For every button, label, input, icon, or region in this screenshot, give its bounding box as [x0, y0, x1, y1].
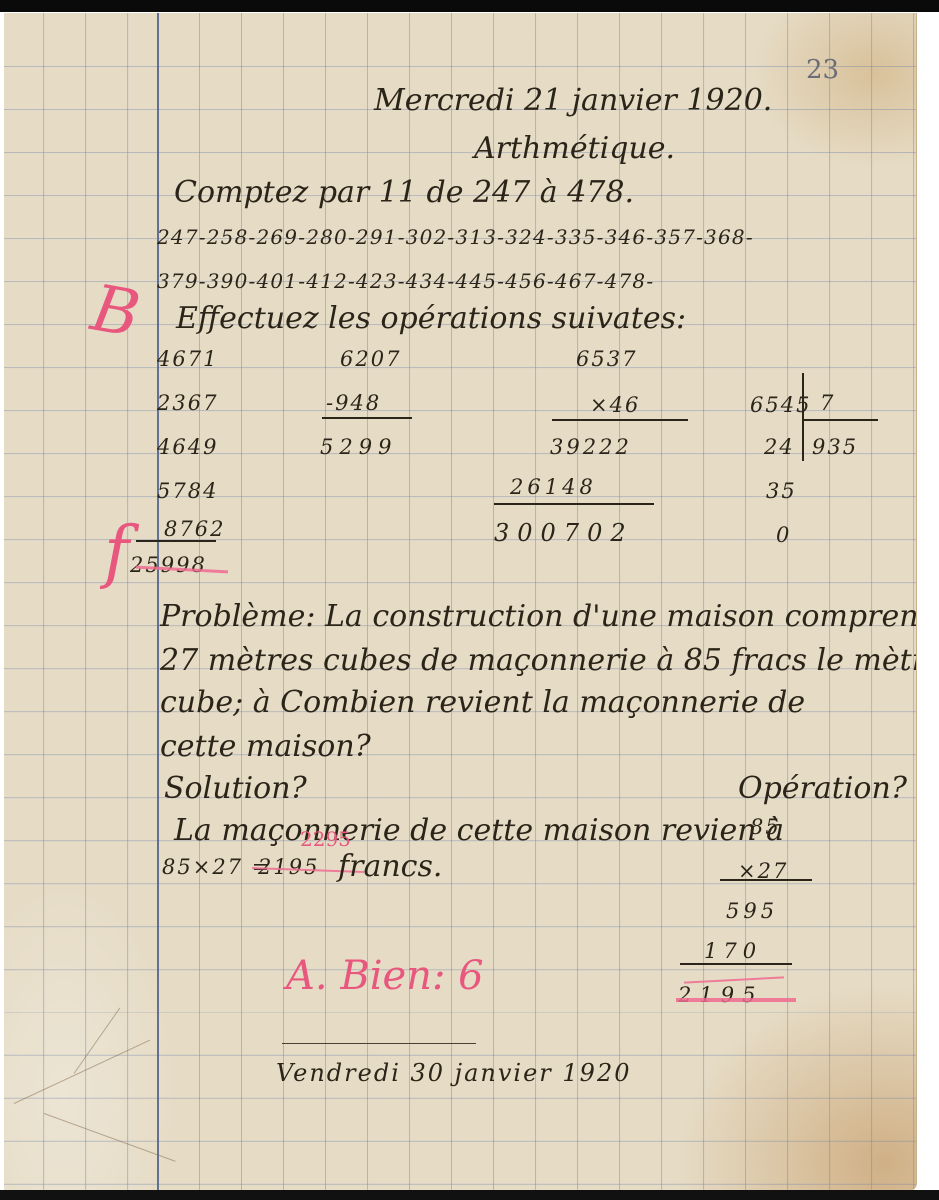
- multiplication-result: 300702: [494, 519, 634, 547]
- subtraction-minuend: 6207: [340, 347, 401, 371]
- addition-operand: 4671: [157, 347, 218, 371]
- problem-line-2: 27 mètres cubes de maçonnerie à 85 fracs…: [160, 643, 917, 678]
- solution-sentence: La maçonnerie de cette maison revien à: [174, 813, 784, 848]
- division-vertical-bar: [802, 373, 804, 461]
- addition-operand: 5784: [157, 479, 218, 503]
- subject-heading: Arthmétique.: [474, 131, 675, 166]
- counting-instruction: Comptez par 11 de 247 à 478.: [174, 175, 634, 210]
- addition-sum-line: [136, 540, 216, 542]
- operation-multiplicand: 85: [750, 815, 781, 839]
- addition-operand: 8762: [164, 517, 225, 541]
- scan-top-edge: [0, 0, 939, 12]
- subtraction-result: 5299: [320, 435, 397, 459]
- counting-line-2: 379-390-401-412-423-434-445-456-467-478-: [157, 269, 654, 293]
- date-heading: Mercredi 21 janvier 1920.: [374, 83, 772, 118]
- subtraction-line: [322, 417, 412, 419]
- multiplication-sum-line: [494, 503, 654, 505]
- division-step: 0: [776, 523, 791, 547]
- division-quotient: 935: [812, 435, 858, 459]
- section-separator: [282, 1043, 476, 1044]
- red-strikethrough: [676, 998, 796, 1002]
- page-number: 23: [806, 55, 839, 85]
- multiplication-partial-1: 39222: [550, 435, 632, 459]
- division-step: 35: [766, 479, 797, 503]
- operation-partial-2: 170: [704, 939, 762, 963]
- division-step: 24: [764, 435, 795, 459]
- multiplication-line: [552, 419, 688, 421]
- margin-line: [157, 13, 159, 1191]
- operation-sum-line: [680, 963, 792, 965]
- operation-line: [720, 879, 812, 881]
- addition-operand: 4649: [157, 435, 218, 459]
- solution-label: Solution?: [164, 771, 307, 806]
- multiplication-partial-2: 26148: [510, 475, 597, 499]
- notebook-page: 23 Mercredi 21 janvier 1920. Arthmétique…: [4, 13, 917, 1191]
- problem-line-4: cette maison?: [160, 729, 371, 764]
- solution-equation-unit: francs.: [338, 849, 442, 884]
- operation-partial-1: 595: [726, 899, 778, 923]
- operations-instruction: Effectuez les opérations suivates:: [176, 301, 686, 336]
- counting-line-1: 247-258-269-280-291-302-313-324-335-346-…: [157, 225, 754, 249]
- grade-mark-operations: f: [104, 513, 129, 592]
- division-divisor: 7: [820, 391, 835, 415]
- scan-bottom-edge: [0, 1190, 939, 1200]
- operation-result-crossed: 2195: [678, 983, 763, 1007]
- division-horizontal-bar: [804, 419, 878, 421]
- problem-line-3: cube; à Combien revient la maçonnerie de: [160, 685, 805, 720]
- multiplication-multiplicand: 6537: [576, 347, 637, 371]
- teacher-note: A. Bien: 6: [286, 953, 484, 999]
- operation-label: Opération?: [738, 771, 907, 806]
- next-date-heading: Vendredi 30 janvier 1920: [276, 1059, 632, 1087]
- multiplication-multiplier: ×46: [590, 393, 640, 417]
- subtraction-subtrahend: -948: [326, 391, 381, 415]
- teacher-correction: 2295: [300, 827, 351, 851]
- addition-operand: 2367: [157, 391, 218, 415]
- problem-line-1: Problème: La construction d'une maison c…: [160, 599, 917, 634]
